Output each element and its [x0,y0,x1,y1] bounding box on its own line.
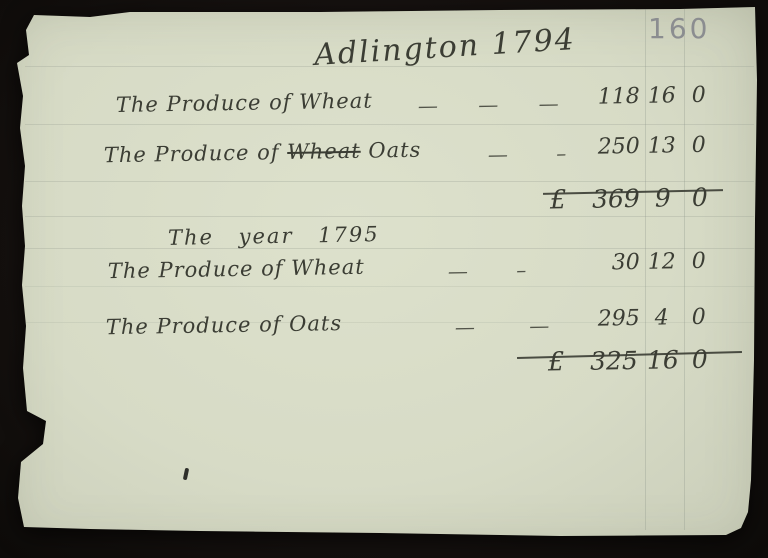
entry-label-suffix: Oats [368,138,421,163]
amount-pounds: 118 [552,84,640,111]
amount-pence: 0 [684,83,714,109]
paper-shadow: 160 Adlington 1794 The Produce of Wheat … [0,0,768,558]
page-title: Adlington 1794 [269,19,620,75]
entry-row-wheat-1794: The Produce of Wheat — — — 118 16 0 [0,82,768,137]
total-shillings: 9 [646,183,681,213]
total-row-1794: £ 369 9 0 [0,182,768,237]
amount-pence: 0 [684,133,714,159]
currency-sign: £ [548,347,565,377]
amount-pounds: 30 [552,250,640,277]
entry-label: The Produce of Oats [106,311,343,339]
photo-of-manuscript: 160 Adlington 1794 The Produce of Wheat … [0,0,768,558]
total-pounds: 369 [578,184,640,214]
currency-sign: £ [550,185,567,215]
entry-label: The Produce of Wheat Oats [104,138,422,168]
manuscript-paper: 160 Adlington 1794 The Produce of Wheat … [0,0,768,558]
amount-shillings: 12 [642,249,682,275]
amount-pence: 0 [684,249,714,275]
amount-shillings: 16 [642,83,682,109]
entry-row-wheat-1795: The Produce of Wheat — – 30 12 0 [0,248,768,303]
section-heading-1795: The year 1795 [168,222,380,250]
entry-label: The Produce of Wheat [108,255,365,283]
amount-pounds: 250 [552,134,640,161]
leader-dashes: — – [448,258,527,283]
struck-word: Wheat [287,139,361,164]
ink-mark [183,468,189,481]
amount-pounds: 295 [552,306,640,333]
entry-label: The Produce of Wheat [116,89,373,117]
total-pounds: 325 [574,346,638,376]
amount-pence: 0 [684,305,714,331]
leader-dashes: — — [455,313,550,339]
amount-shillings: 13 [642,133,682,159]
total-pence: 0 [686,183,715,212]
pencil-page-number: 160 [648,12,710,45]
total-shillings: 16 [644,345,683,375]
amount-shillings: 4 [642,305,682,331]
leader-dashes: — — — [418,91,559,117]
total-pence: 0 [686,345,715,374]
entry-row-oats-1794: The Produce of Wheat Oats — – 250 13 0 [0,132,768,187]
entry-label-prefix: The Produce of [104,140,280,167]
